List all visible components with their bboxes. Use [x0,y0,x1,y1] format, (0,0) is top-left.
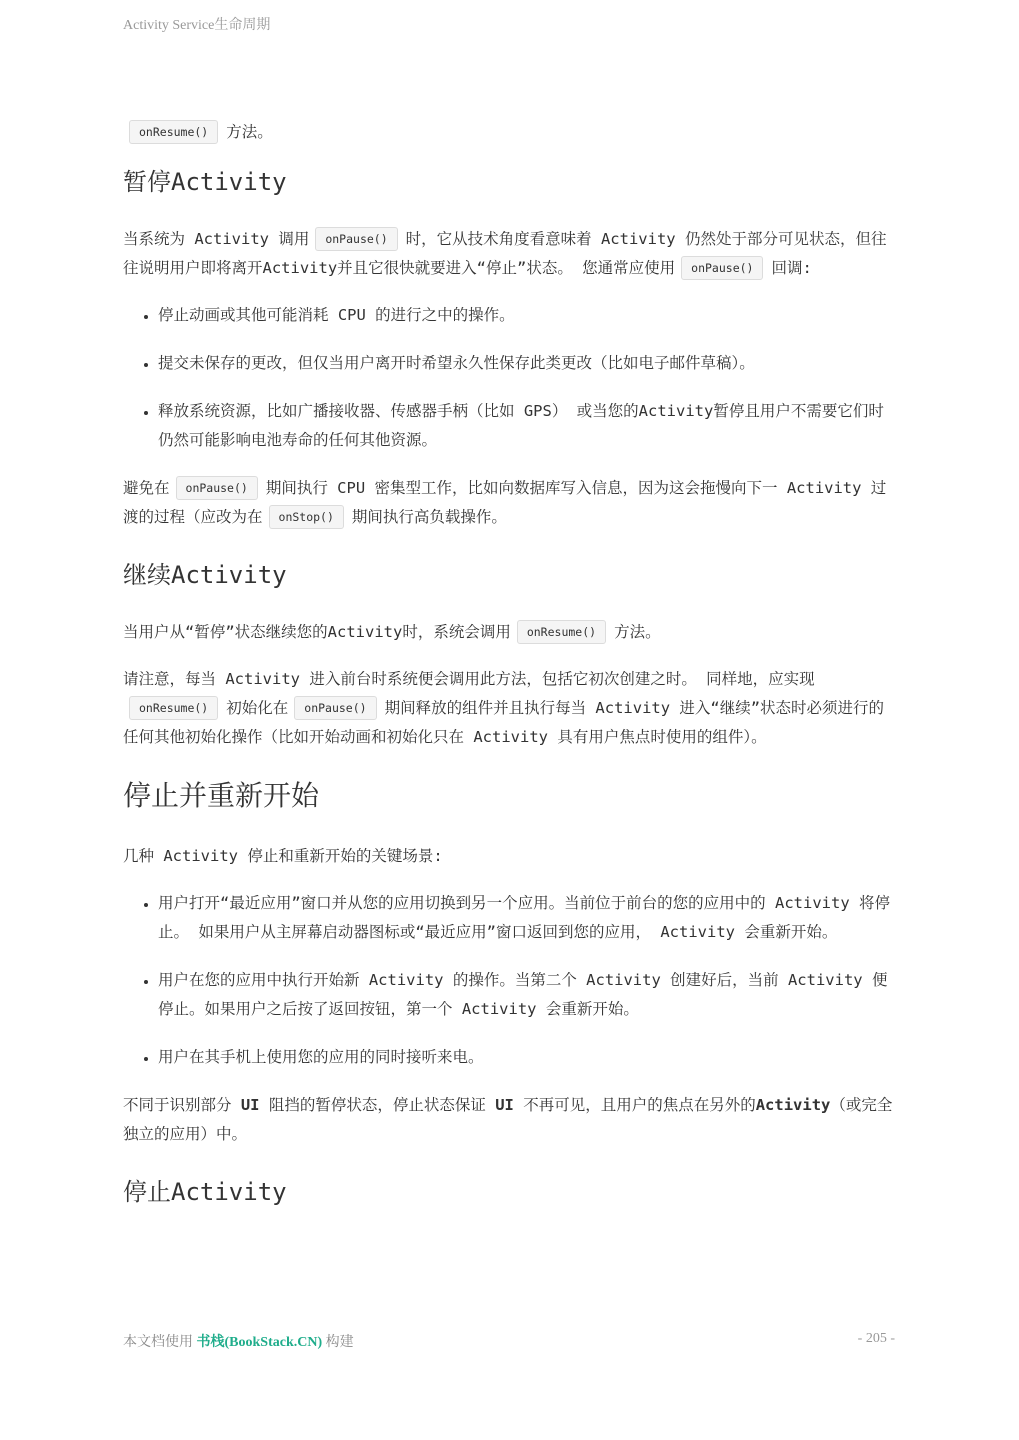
paragraph-pause-intro: 当系统为 Activity 调用onPause()时，它从技术角度看意味着 Ac… [123,225,898,283]
list-item: 提交未保存的更改，但仅当用户离开时希望永久性保存此类更改（比如电子邮件草稿）。 [158,349,898,378]
code-onpause: onPause() [681,256,763,280]
paragraph-resume-intro: 当用户从“暂停”状态继续您的Activity时，系统会调用onResume()方… [123,618,898,647]
pause-actions-list: 停止动画或其他可能消耗 CPU 的进行之中的操作。 提交未保存的更改，但仅当用户… [123,301,898,455]
heading-stop-and-restart: 停止并重新开始 [123,776,898,816]
list-item: 用户在您的应用中执行开始新 Activity 的操作。当第二个 Activity… [158,966,898,1024]
code-onresume: onResume() [129,120,218,144]
code-onpause: onPause() [315,227,397,251]
paragraph-stopped-state: 不同于识别部分 UI 阻挡的暂停状态，停止状态保证 UI 不再可见，且用户的焦点… [123,1091,898,1149]
code-onpause: onPause() [176,476,258,500]
list-item: 释放系统资源，比如广播接收器、传感器手柄（比如 GPS） 或当您的Activit… [158,397,898,455]
bookstack-link[interactable]: 书栈(BookStack.CN) [197,1335,323,1350]
list-item: 用户在其手机上使用您的应用的同时接听来电。 [158,1043,898,1072]
document-body: onResume()方法。 暂停Activity 当系统为 Activity 调… [123,118,898,1235]
paragraph-scenarios-intro: 几种 Activity 停止和重新开始的关键场景: [123,842,898,871]
code-onpause: onPause() [294,696,376,720]
code-onresume: onResume() [129,696,218,720]
scenarios-list: 用户打开“最近应用”窗口并从您的应用切换到另一个应用。当前位于前台的您的应用中的… [123,889,898,1072]
footer-credit: 本文档使用 书栈(BookStack.CN) 构建 [123,1331,354,1351]
code-onresume: onResume() [517,620,606,644]
page-number: - 205 - [858,1331,895,1347]
heading-stop-activity: 停止Activity [123,1175,898,1209]
heading-resume-activity: 继续Activity [123,558,898,592]
paragraph-continued: onResume()方法。 [123,118,898,147]
code-onstop: onStop() [269,505,344,529]
paragraph-resume-note: 请注意，每当 Activity 进入前台时系统便会调用此方法，包括它初次创建之时… [123,665,898,752]
paragraph-avoid-cpu: 避免在onPause()期间执行 CPU 密集型工作，比如向数据库写入信息，因为… [123,474,898,532]
list-item: 用户打开“最近应用”窗口并从您的应用切换到另一个应用。当前位于前台的您的应用中的… [158,889,898,947]
heading-pause-activity: 暂停Activity [123,165,898,199]
list-item: 停止动画或其他可能消耗 CPU 的进行之中的操作。 [158,301,898,330]
running-header: Activity Service生命周期 [123,14,270,34]
